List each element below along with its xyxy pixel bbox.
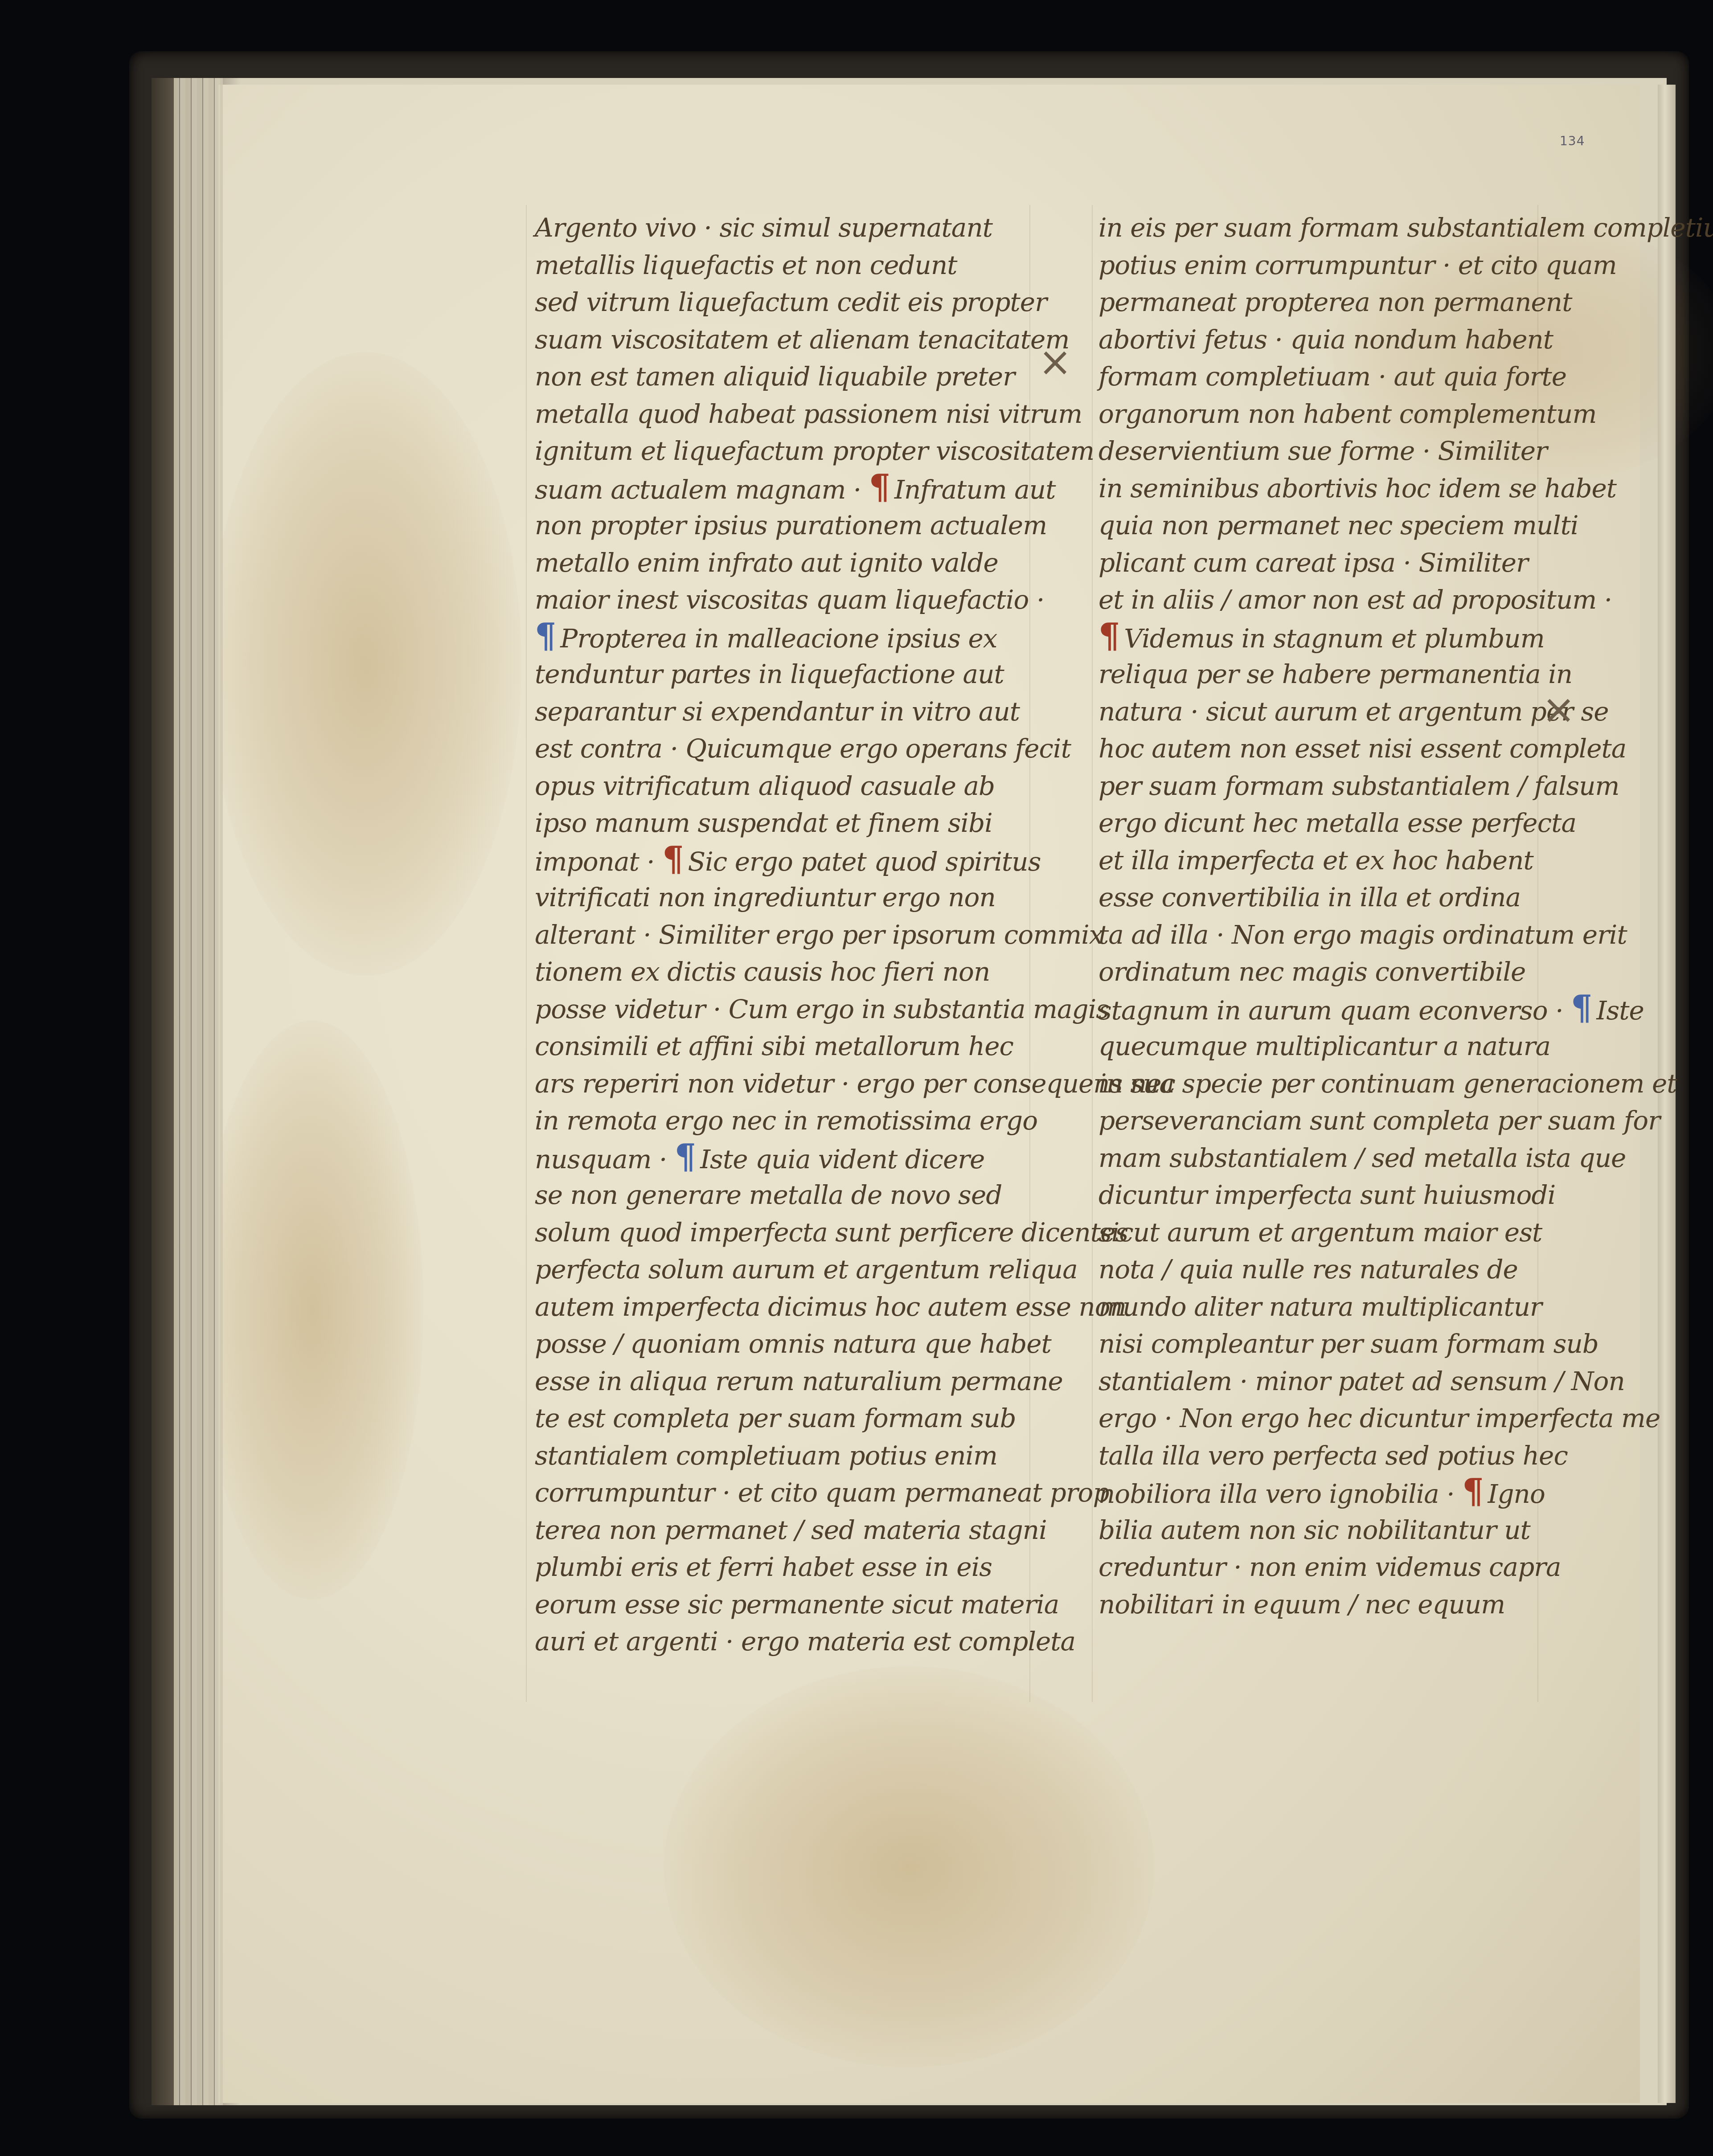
text-line: esse convertibilia in illa et ordina — [1098, 879, 1580, 916]
line-text: nusquam · — [535, 1144, 675, 1174]
line-text: ars reperiri non videtur · ergo per cons… — [535, 1068, 1175, 1099]
rubricated-text: Propterea in malleacione ipsius ex — [560, 623, 997, 654]
line-text: ta ad illa · Non ergo magis ordinatum er… — [1098, 920, 1627, 950]
line-text: alterant · Similiter ergo per ipsorum co… — [535, 920, 1103, 950]
text-line: opus vitrificatum aliquod casuale ab — [535, 768, 1029, 805]
text-line: creduntur · non enim videmus capra — [1098, 1549, 1580, 1586]
line-text: deservientium sue forme · Similiter — [1098, 436, 1547, 466]
text-line: ¶Videmus in stagnum et plumbum — [1098, 619, 1580, 656]
text-line: permaneat propterea non permanent — [1098, 284, 1580, 321]
line-text: talla illa vero perfecta sed potius hec — [1098, 1440, 1568, 1471]
paragraph-mark-icon: ¶ — [1571, 991, 1592, 1025]
right-text-column: in eis per suam formam substantialem com… — [1098, 209, 1580, 1623]
rubricated-text: Infratum aut — [894, 475, 1055, 505]
text-line: se non generare metalla de novo sed — [535, 1177, 1029, 1214]
line-text: metalla quod habeat passionem nisi vitru… — [535, 399, 1082, 429]
line-text: perfecta solum aurum et argentum reliqua — [535, 1254, 1078, 1285]
text-line: posse / quoniam omnis natura que habet — [535, 1326, 1029, 1363]
text-line: corrumpuntur · et cito quam permaneat pr… — [535, 1474, 1029, 1512]
text-line: quecumque multiplicantur a natura — [1098, 1028, 1580, 1065]
page-edges — [174, 78, 223, 2105]
line-text: tenduntur partes in liquefactione aut — [535, 659, 1004, 689]
text-line: alterant · Similiter ergo per ipsorum co… — [535, 916, 1029, 954]
line-text: non est tamen aliquid liquabile preter — [535, 361, 1015, 392]
text-line: solum quod imperfecta sunt perficere dic… — [535, 1214, 1029, 1252]
line-text: mundo aliter natura multiplicantur — [1098, 1292, 1542, 1322]
line-text: opus vitrificatum aliquod casuale ab — [535, 771, 995, 801]
margin-cross-mark: × — [1542, 686, 1575, 733]
text-line: bilia autem non sic nobilitantur ut — [1098, 1512, 1580, 1549]
text-line: et illa imperfecta et ex hoc habent — [1098, 842, 1580, 880]
text-line: plicant cum careat ipsa · Similiter — [1098, 544, 1580, 582]
line-text: stantialem completiuam potius enim — [535, 1440, 997, 1471]
text-line: stantialem · minor patet ad sensum / Non — [1098, 1363, 1580, 1400]
text-line: autem imperfecta dicimus hoc autem esse … — [535, 1289, 1029, 1326]
text-line: perfecta solum aurum et argentum reliqua — [535, 1251, 1029, 1289]
text-line: in eis per suam formam substantialem com… — [1098, 209, 1580, 247]
line-text: natura · sicut aurum et argentum per se — [1098, 696, 1609, 727]
paragraph-mark-icon: ¶ — [675, 1140, 696, 1174]
rubricated-text: Igno — [1488, 1479, 1545, 1509]
text-line: auri et argenti · ergo materia est compl… — [535, 1623, 1029, 1661]
line-text: hoc autem non esset nisi essent completa — [1098, 733, 1626, 764]
line-text: solum quod imperfecta sunt perficere dic… — [535, 1217, 1128, 1248]
paragraph-mark-icon: ¶ — [662, 842, 683, 876]
text-line: mam substantialem / sed metalla ista que — [1098, 1140, 1580, 1177]
paragraph-mark-icon: ¶ — [869, 470, 890, 504]
text-line: sed vitrum liquefactum cedit eis propter — [535, 284, 1029, 321]
stain-left-middle — [201, 1020, 423, 1600]
line-text: corrumpuntur · et cito quam permaneat pr… — [535, 1477, 1109, 1508]
text-line: tionem ex dictis causis hoc fieri non — [535, 953, 1029, 991]
text-line: deservientium sue forme · Similiter — [1098, 433, 1580, 470]
line-text: Argento vivo · sic simul supernatant — [535, 213, 992, 243]
text-line: metallis liquefactis et non cedunt — [535, 247, 1029, 284]
text-line: ars reperiri non videtur · ergo per cons… — [535, 1065, 1029, 1103]
text-line: nusquam · ¶Iste quia vident dicere — [535, 1140, 1029, 1177]
line-text: formam completiuam · aut quia forte — [1098, 361, 1566, 392]
rubricated-text: Videmus in stagnum et plumbum — [1124, 623, 1544, 654]
line-text: auri et argenti · ergo materia est compl… — [535, 1626, 1075, 1657]
text-line: potius enim corrumpuntur · et cito quam — [1098, 247, 1580, 284]
line-text: reliqua per se habere permanentia in — [1098, 659, 1572, 689]
line-text: metallo enim infrato aut ignito valde — [535, 548, 998, 578]
stain-bottom — [664, 1666, 1154, 2067]
line-text: mam substantialem / sed metalla ista que — [1098, 1143, 1626, 1173]
line-text: sicut aurum et argentum maior est — [1098, 1217, 1542, 1248]
line-text: creduntur · non enim videmus capra — [1098, 1552, 1561, 1582]
line-text: terea non permanet / sed materia stagni — [535, 1515, 1047, 1545]
text-line: imponat · ¶Sic ergo patet quod spiritus — [535, 842, 1029, 880]
line-text: bilia autem non sic nobilitantur ut — [1098, 1515, 1530, 1545]
text-line: Argento vivo · sic simul supernatant — [535, 209, 1029, 247]
text-line: nisi compleantur per suam formam sub — [1098, 1326, 1580, 1363]
text-line: separantur si expendantur in vitro aut — [535, 693, 1029, 731]
line-text: imponat · — [535, 847, 662, 877]
text-line: consimili et affini sibi metallorum hec — [535, 1028, 1029, 1065]
line-text: suam actualem magnam · — [535, 475, 869, 505]
text-line: eorum esse sic permanente sicut materia — [535, 1586, 1029, 1624]
text-line: reliqua per se habere permanentia in — [1098, 656, 1580, 693]
line-text: et in aliis / amor non est ad propositum… — [1098, 585, 1612, 615]
text-line: ergo · Non ergo hec dicuntur imperfecta … — [1098, 1400, 1580, 1437]
line-text: organorum non habent complementum — [1098, 399, 1596, 429]
line-text: eorum esse sic permanente sicut materia — [535, 1589, 1059, 1620]
text-line: metallo enim infrato aut ignito valde — [535, 544, 1029, 582]
line-text: tionem ex dictis causis hoc fieri non — [535, 957, 990, 987]
line-text: esse in aliqua rerum naturalium permane — [535, 1366, 1063, 1396]
text-line: nobiliora illa vero ignobilia · ¶Igno — [1098, 1474, 1580, 1512]
text-line: et in aliis / amor non est ad propositum… — [1098, 581, 1580, 619]
line-text: metallis liquefactis et non cedunt — [535, 250, 957, 280]
line-text: ipso manum suspendat et finem sibi — [535, 808, 992, 838]
text-line: in sua specie per continuam generacionem… — [1098, 1065, 1580, 1103]
text-line: ergo dicunt hec metalla esse perfecta — [1098, 805, 1580, 842]
stain-left-upper — [209, 352, 521, 976]
line-text: se non generare metalla de novo sed — [535, 1180, 1002, 1210]
line-text: quecumque multiplicantur a natura — [1098, 1031, 1550, 1061]
line-text: maior inest viscositas quam liquefactio … — [535, 585, 1044, 615]
text-line: tenduntur partes in liquefactione aut — [535, 656, 1029, 693]
text-line: hoc autem non esset nisi essent completa — [1098, 730, 1580, 768]
rubricated-text: Iste — [1596, 995, 1643, 1026]
text-line: quia non permanet nec speciem multi — [1098, 507, 1580, 544]
text-line: ipso manum suspendat et finem sibi — [535, 805, 1029, 842]
text-line: mundo aliter natura multiplicantur — [1098, 1289, 1580, 1326]
line-text: nisi compleantur per suam formam sub — [1098, 1329, 1598, 1359]
text-line: te est completa per suam formam sub — [535, 1400, 1029, 1437]
line-text: potius enim corrumpuntur · et cito quam — [1098, 250, 1617, 280]
paragraph-mark-icon: ¶ — [535, 619, 556, 653]
line-text: in remota ergo nec in remotissima ergo — [535, 1105, 1037, 1136]
paragraph-mark-icon: ¶ — [1462, 1474, 1483, 1508]
text-line: metalla quod habeat passionem nisi vitru… — [535, 396, 1029, 433]
line-text: est contra · Quicumque ergo operans feci… — [535, 733, 1071, 764]
text-line: ¶Propterea in malleacione ipsius ex — [535, 619, 1029, 656]
paragraph-mark-icon: ¶ — [1098, 619, 1119, 653]
line-text: ignitum et liquefactum propter viscosita… — [535, 436, 1094, 466]
text-line: stantialem completiuam potius enim — [535, 1437, 1029, 1475]
text-line: perseveranciam sunt completa per suam fo… — [1098, 1102, 1580, 1140]
line-text: plumbi eris et ferri habet esse in eis — [535, 1552, 992, 1582]
line-text: ordinatum nec magis convertibile — [1098, 957, 1525, 987]
text-line: suam viscositatem et alienam tenacitatem — [535, 321, 1029, 359]
line-text: esse convertibilia in illa et ordina — [1098, 882, 1520, 912]
line-text: plicant cum careat ipsa · Similiter — [1098, 548, 1528, 578]
text-line: maior inest viscositas quam liquefactio … — [535, 581, 1029, 619]
line-text: nobiliora illa vero ignobilia · — [1098, 1479, 1462, 1509]
line-text: non propter ipsius purationem actualem — [535, 510, 1047, 540]
line-text: dicuntur imperfecta sunt huiusmodi — [1098, 1180, 1555, 1210]
line-text: ergo dicunt hec metalla esse perfecta — [1098, 808, 1576, 838]
line-text: in sua specie per continuam generacionem… — [1098, 1068, 1677, 1099]
text-line: nobilitari in equum / nec equum — [1098, 1586, 1580, 1624]
text-line: in seminibus abortivis hoc idem se habet — [1098, 470, 1580, 507]
line-text: et illa imperfecta et ex hoc habent — [1098, 845, 1533, 875]
line-text: stagnum in aurum quam econverso · — [1098, 995, 1571, 1026]
line-text: sed vitrum liquefactum cedit eis propter — [535, 287, 1047, 317]
text-line: posse videtur · Cum ergo in substantia m… — [535, 991, 1029, 1028]
text-line: dicuntur imperfecta sunt huiusmodi — [1098, 1177, 1580, 1214]
text-line: non propter ipsius purationem actualem — [535, 507, 1029, 544]
line-text: autem imperfecta dicimus hoc autem esse … — [535, 1292, 1126, 1322]
folio-number: 134 — [1560, 134, 1585, 148]
text-line: talla illa vero perfecta sed potius hec — [1098, 1437, 1580, 1475]
text-line: in remota ergo nec in remotissima ergo — [535, 1102, 1029, 1140]
line-text: permaneat propterea non permanent — [1098, 287, 1572, 317]
line-text: stantialem · minor patet ad sensum / Non — [1098, 1366, 1625, 1396]
line-text: consimili et affini sibi metallorum hec — [535, 1031, 1013, 1061]
line-text: perseveranciam sunt completa per suam fo… — [1098, 1105, 1660, 1136]
text-line: sicut aurum et argentum maior est — [1098, 1214, 1580, 1252]
text-line: suam actualem magnam · ¶Infratum aut — [535, 470, 1029, 507]
text-line: vitrificati non ingrediuntur ergo non — [535, 879, 1029, 916]
text-line: natura · sicut aurum et argentum per se — [1098, 693, 1580, 731]
text-line: ta ad illa · Non ergo magis ordinatum er… — [1098, 916, 1580, 954]
line-text: vitrificati non ingrediuntur ergo non — [535, 882, 996, 912]
line-text: posse videtur · Cum ergo in substantia m… — [535, 994, 1109, 1024]
line-text: posse / quoniam omnis natura que habet — [535, 1329, 1051, 1359]
rubricated-text: Iste quia vident dicere — [700, 1144, 984, 1174]
line-text: in eis per suam formam substantialem com… — [1098, 213, 1713, 243]
text-line: nota / quia nulle res naturales de — [1098, 1251, 1580, 1289]
text-line: stagnum in aurum quam econverso · ¶Iste — [1098, 991, 1580, 1028]
line-text: nota / quia nulle res naturales de — [1098, 1254, 1518, 1285]
line-text: te est completa per suam formam sub — [535, 1403, 1016, 1433]
line-text: abortivi fetus · quia nondum habent — [1098, 324, 1553, 355]
text-line: plumbi eris et ferri habet esse in eis — [535, 1549, 1029, 1586]
text-line: ignitum et liquefactum propter viscosita… — [535, 433, 1029, 470]
line-text: ergo · Non ergo hec dicuntur imperfecta … — [1098, 1403, 1660, 1433]
ruling-line — [526, 205, 527, 1702]
line-text: per suam formam substantialem / falsum — [1098, 771, 1619, 801]
rubricated-text: Sic ergo patet quod spiritus — [688, 847, 1041, 877]
line-text: quia non permanet nec speciem multi — [1098, 510, 1578, 540]
text-line: formam completiuam · aut quia forte — [1098, 358, 1580, 396]
text-line: non est tamen aliquid liquabile preter — [535, 358, 1029, 396]
left-text-column: Argento vivo · sic simul supernatantmeta… — [535, 209, 1029, 1661]
text-line: terea non permanet / sed materia stagni — [535, 1512, 1029, 1549]
text-line: abortivi fetus · quia nondum habent — [1098, 321, 1580, 359]
margin-cross-mark: × — [1038, 339, 1072, 385]
text-line: organorum non habent complementum — [1098, 396, 1580, 433]
line-text: separantur si expendantur in vitro aut — [535, 696, 1020, 727]
text-line: esse in aliqua rerum naturalium permane — [535, 1363, 1029, 1400]
line-text: in seminibus abortivis hoc idem se habet — [1098, 473, 1616, 503]
text-line: ordinatum nec magis convertibile — [1098, 953, 1580, 991]
line-text: suam viscositatem et alienam tenacitatem — [535, 324, 1069, 355]
text-line: est contra · Quicumque ergo operans feci… — [535, 730, 1029, 768]
line-text: nobilitari in equum / nec equum — [1098, 1589, 1505, 1620]
text-line: per suam formam substantialem / falsum — [1098, 768, 1580, 805]
